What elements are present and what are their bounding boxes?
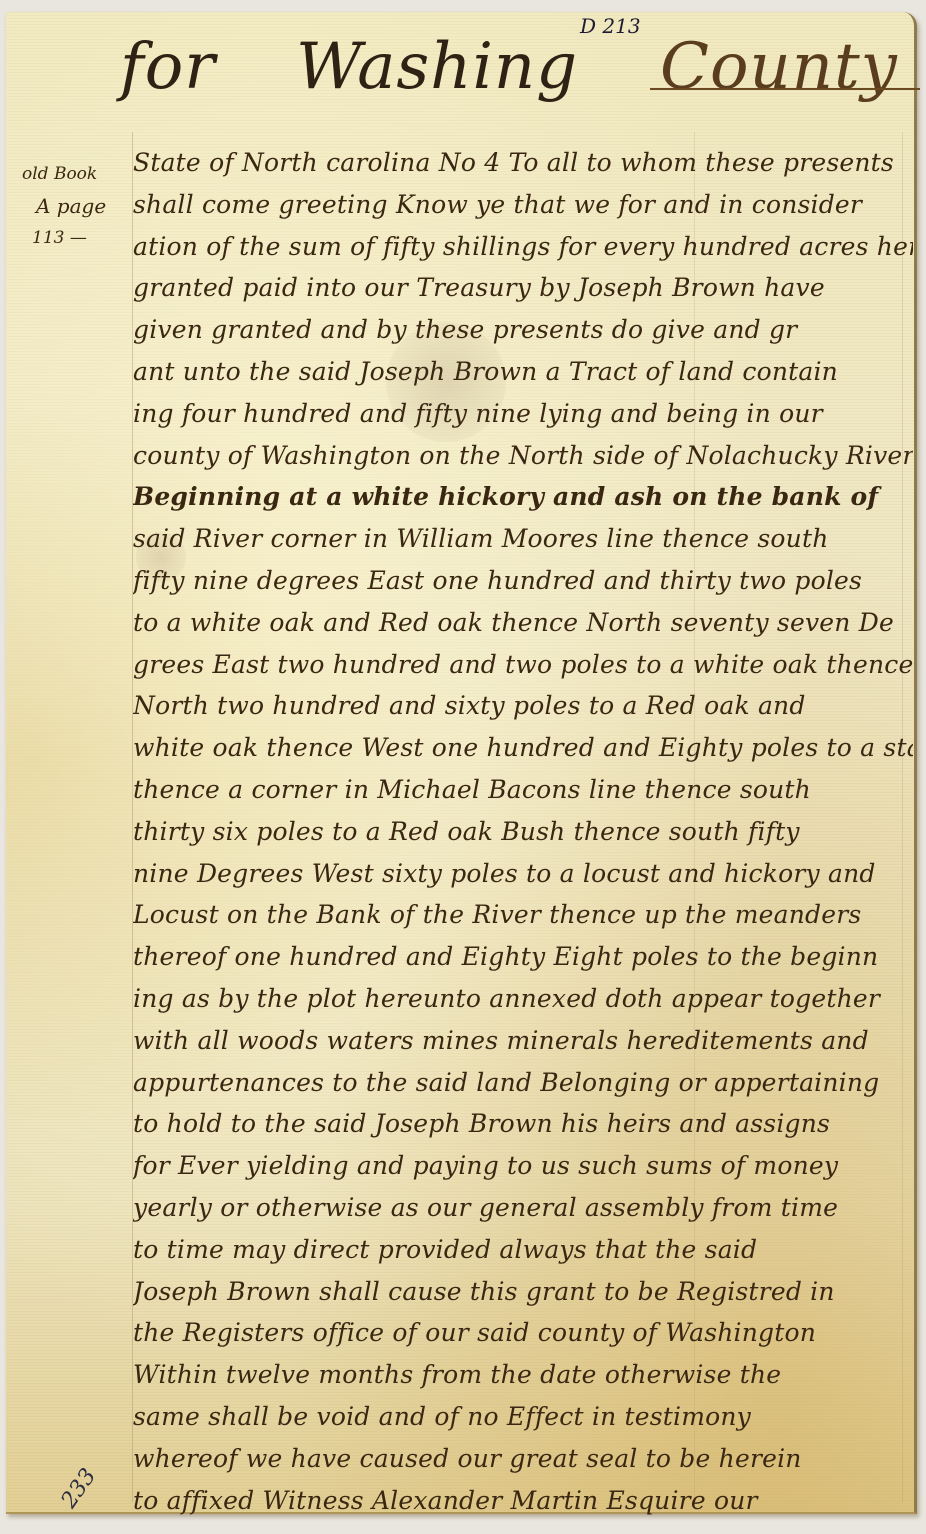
text-line: to hold to the said Joseph Brown his hei… <box>133 1103 913 1145</box>
text-line: Within twelve months from the date other… <box>133 1354 913 1396</box>
text-line: given granted and by these presents do g… <box>133 309 913 351</box>
text-line: grees East two hundred and two poles to … <box>133 644 913 686</box>
margin-note-line: 113 — <box>22 222 132 254</box>
text-line: for Ever yielding and paying to us such … <box>133 1145 913 1187</box>
text-line: ing four hundred and fifty nine lying an… <box>133 393 913 435</box>
text-line: whereof we have caused our great seal to… <box>133 1438 913 1480</box>
text-line: to affixed Witness Alexander Martin Esqu… <box>133 1480 913 1522</box>
text-line: ation of the sum of fifty shillings for … <box>133 226 913 268</box>
margin-note: old Book A page 113 — <box>22 158 132 254</box>
margin-note-line: A page <box>22 190 132 222</box>
text-line: county of Washington on the North side o… <box>133 435 913 477</box>
text-line: yearly or otherwise as our general assem… <box>133 1187 913 1229</box>
text-line: fifty nine degrees East one hundred and … <box>133 560 913 602</box>
text-line: same shall be void and of no Effect in t… <box>133 1396 913 1438</box>
text-line: said River corner in William Moores line… <box>133 518 913 560</box>
text-line: State of North carolina No 4 To all to w… <box>133 142 913 184</box>
text-line: to time may direct provided always that … <box>133 1229 913 1271</box>
text-line-beginning: Beginning at a white hickory and ash on … <box>133 476 913 518</box>
text-line: appurtenances to the said land Belonging… <box>133 1062 913 1104</box>
heading-word-county: County <box>660 30 898 104</box>
text-line: with all woods waters mines minerals her… <box>133 1020 913 1062</box>
heading-flourish <box>650 88 920 90</box>
heading-word-washington: Washing <box>296 30 578 104</box>
text-line: thirty six poles to a Red oak Bush thenc… <box>133 811 913 853</box>
text-line: nine Degrees West sixty poles to a locus… <box>133 853 913 895</box>
grant-text: State of North carolina No 4 To all to w… <box>133 142 913 1521</box>
text-line: Locust on the Bank of the River thence u… <box>133 894 913 936</box>
text-line: Joseph Brown shall cause this grant to b… <box>133 1271 913 1313</box>
text-line: the Registers office of our said county … <box>133 1312 913 1354</box>
page-heading: for Washing County <box>120 18 900 118</box>
text-line: granted paid into our Treasury by Joseph… <box>133 267 913 309</box>
heading-word-for: for <box>120 30 216 104</box>
text-line: shall come greeting Know ye that we for … <box>133 184 913 226</box>
text-line: thence a corner in Michael Bacons line t… <box>133 769 913 811</box>
text-line: North two hundred and sixty poles to a R… <box>133 685 913 727</box>
text-line: to a white oak and Red oak thence North … <box>133 602 913 644</box>
text-line: ant unto the said Joseph Brown a Tract o… <box>133 351 913 393</box>
text-line: ing as by the plot hereunto annexed doth… <box>133 978 913 1020</box>
margin-note-line: old Book <box>22 158 132 190</box>
text-line: white oak thence West one hundred and Ei… <box>133 727 913 769</box>
text-line: thereof one hundred and Eighty Eight pol… <box>133 936 913 978</box>
